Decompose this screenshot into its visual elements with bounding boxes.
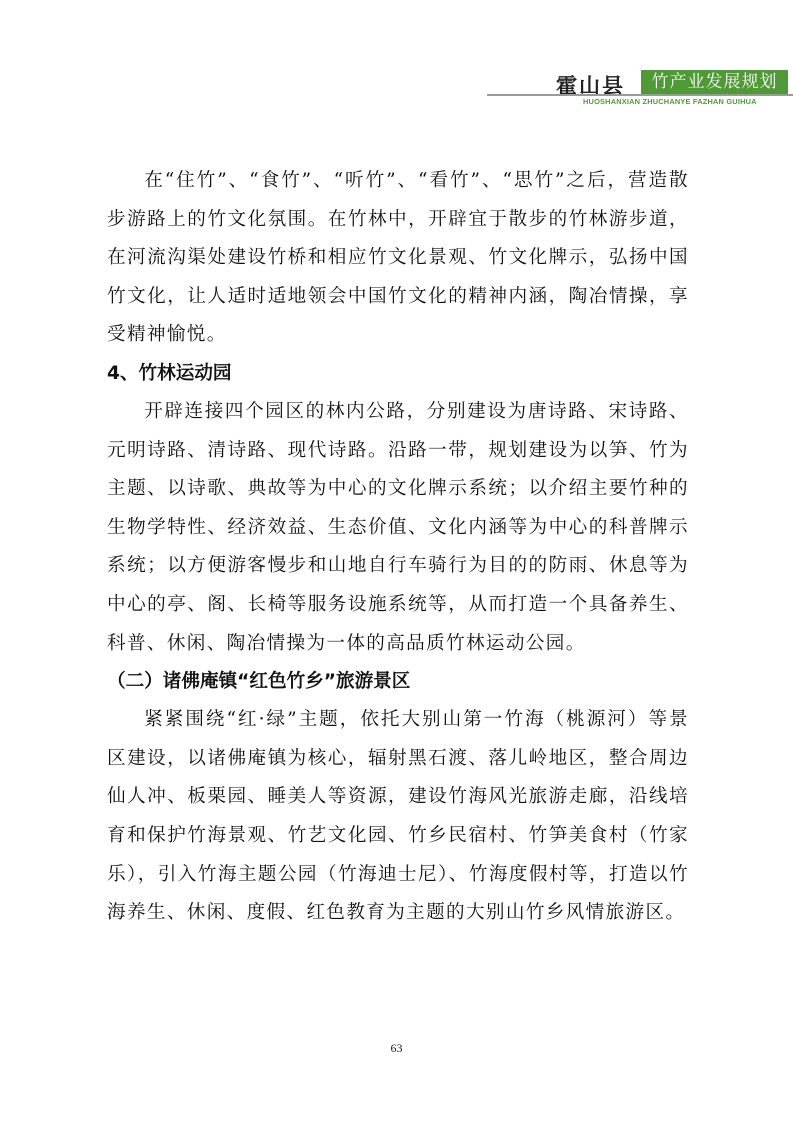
section-heading-zhufoan: （二）诸佛庵镇“红色竹乡”旅游景区 [107,663,689,701]
paragraph-sports-park: 开辟连接四个园区的林内公路，分别建设为唐诗路、宋诗路、元明诗路、清诗路、现代诗路… [107,393,689,663]
page-header: 霍山县 竹产业发展规划 HUOSHANXIAN ZHUCHANYE FAZHAN… [0,68,793,108]
title-pinyin: HUOSHANXIAN ZHUCHANYE FAZHAN GUIHUA [583,97,757,106]
page-number: 63 [0,1041,793,1056]
paragraph-bamboo-culture: 在“住竹”、“食竹”、“听竹”、“看竹”、“思竹”之后，营造散步游路上的竹文化氛… [107,162,689,355]
page-body: 在“住竹”、“食竹”、“听竹”、“看竹”、“思竹”之后，营造散步游路上的竹文化氛… [107,162,689,933]
paragraph-zhufoan: 紧紧围绕“红·绿”主题，依托大别山第一竹海（桃源河）等景区建设，以诸佛庵镇为核心… [107,701,689,933]
document-title-banner: 竹产业发展规划 [641,70,788,94]
heading-bamboo-sports-park: 4、竹林运动园 [107,355,689,393]
header-divider [487,94,793,96]
